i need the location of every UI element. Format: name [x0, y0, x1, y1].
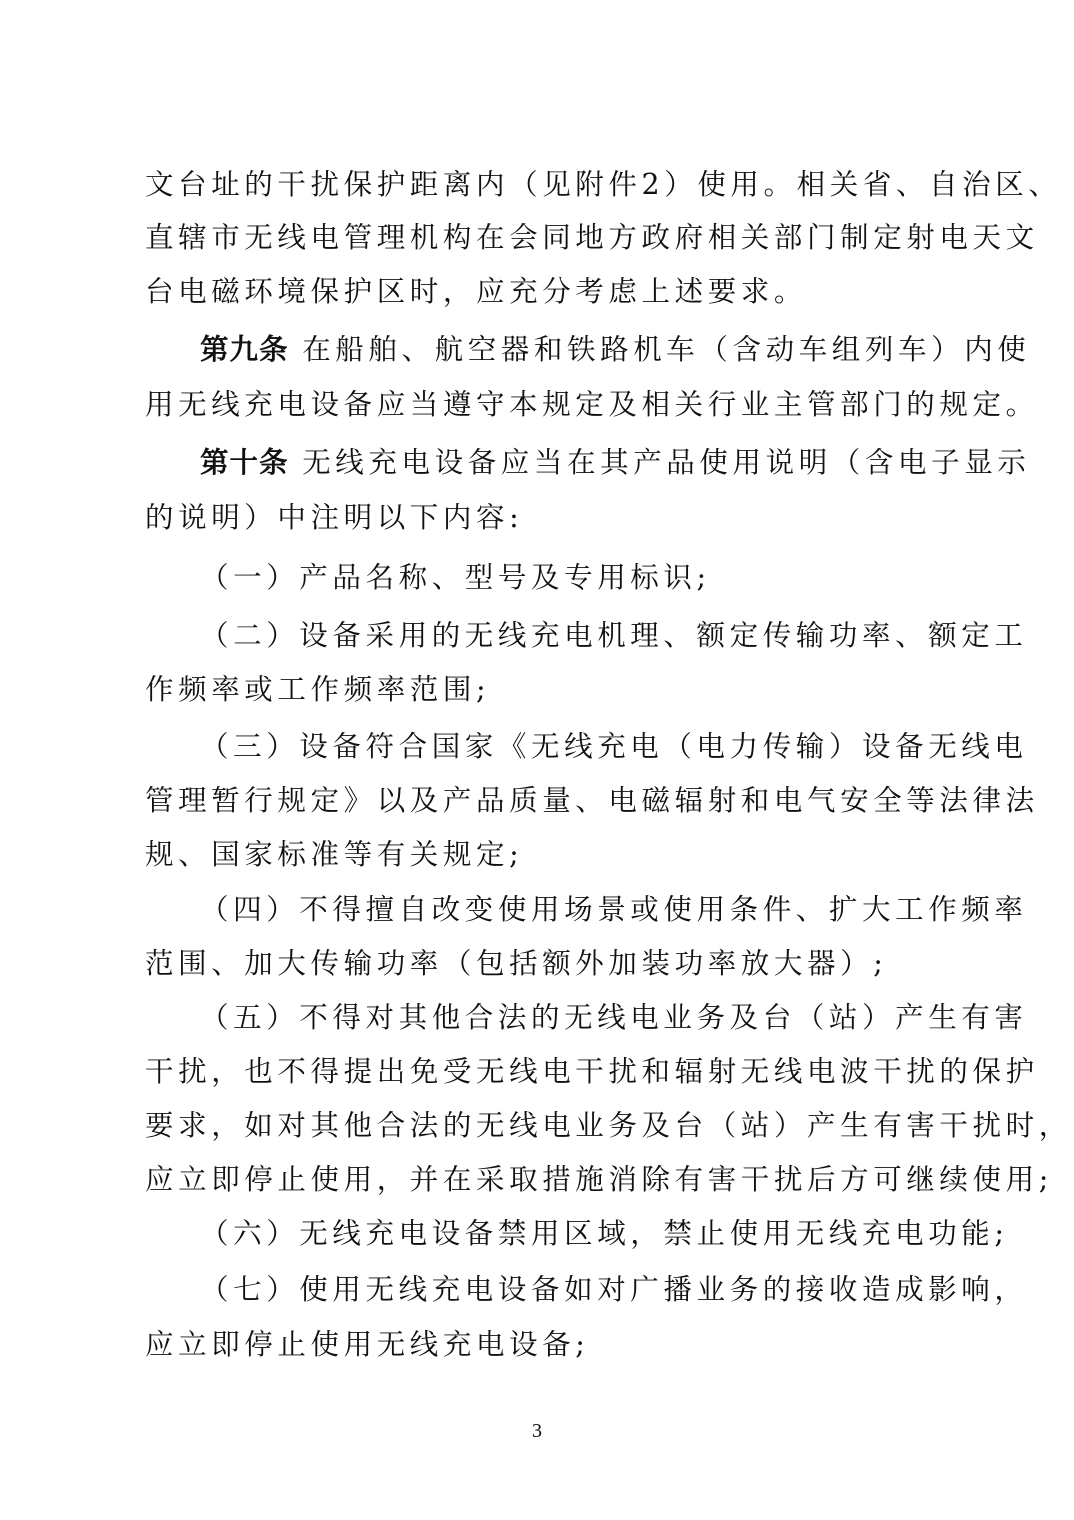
list-item-1: （一）产品名称、型号及专用标识; [200, 558, 935, 598]
article-9-text: 在船舶、航空器和铁路机车（含动车组列车）内使 [302, 333, 1030, 366]
text-line: 文台址的干扰保护距离内（见附件2）使用。相关省、自治区、 [145, 165, 935, 205]
list-item-5-cont: 应立即停止使用，并在采取措施消除有害干扰后方可继续使用; [145, 1160, 935, 1200]
list-item-4-cont: 范围、加大传输功率（包括额外加装功率放大器）; [145, 944, 935, 984]
list-item-4: （四）不得擅自改变使用场景或使用条件、扩大工作频率 [200, 890, 935, 930]
text-line: 台电磁环境保护区时，应充分考虑上述要求。 [145, 272, 935, 312]
list-item-3: （三）设备符合国家《无线充电（电力传输）设备无线电 [200, 727, 935, 767]
article-9-heading: 第九条 [200, 333, 289, 366]
list-item-2: （二）设备采用的无线充电机理、额定传输功率、额定工 [200, 616, 935, 656]
text-line: 直辖市无线电管理机构在会同地方政府相关部门制定射电天文 [145, 218, 935, 258]
list-item-7-cont: 应立即停止使用无线充电设备; [145, 1325, 935, 1365]
list-item-5: （五）不得对其他合法的无线电业务及台（站）产生有害 [200, 998, 935, 1038]
article-9-first-line: 第九条 在船舶、航空器和铁路机车（含动车组列车）内使 [200, 330, 935, 370]
list-item-3-cont: 管理暂行规定》以及产品质量、电磁辐射和电气安全等法律法 [145, 781, 935, 821]
article-10-text: 无线充电设备应当在其产品使用说明（含电子显示 [302, 446, 1030, 479]
page-number: 3 [0, 1420, 1074, 1443]
article-9-second-line: 用无线充电设备应当遵守本规定及相关行业主管部门的规定。 [145, 385, 935, 425]
article-10-second-line: 的说明）中注明以下内容: [145, 498, 935, 538]
list-item-5-cont: 干扰，也不得提出免受无线电干扰和辐射无线电波干扰的保护 [145, 1052, 935, 1092]
list-item-3-cont: 规、国家标准等有关规定; [145, 835, 935, 875]
list-item-5-cont: 要求，如对其他合法的无线电业务及台（站）产生有害干扰时， [145, 1106, 935, 1146]
article-10-heading: 第十条 [200, 446, 289, 479]
article-10-first-line: 第十条 无线充电设备应当在其产品使用说明（含电子显示 [200, 443, 935, 483]
list-item-7: （七）使用无线充电设备如对广播业务的接收造成影响， [200, 1270, 935, 1310]
list-item-6: （六）无线充电设备禁用区域，禁止使用无线充电功能; [200, 1214, 935, 1254]
document-page: 文台址的干扰保护距离内（见附件2）使用。相关省、自治区、 直辖市无线电管理机构在… [0, 0, 1074, 1520]
list-item-2-cont: 作频率或工作频率范围; [145, 670, 935, 710]
